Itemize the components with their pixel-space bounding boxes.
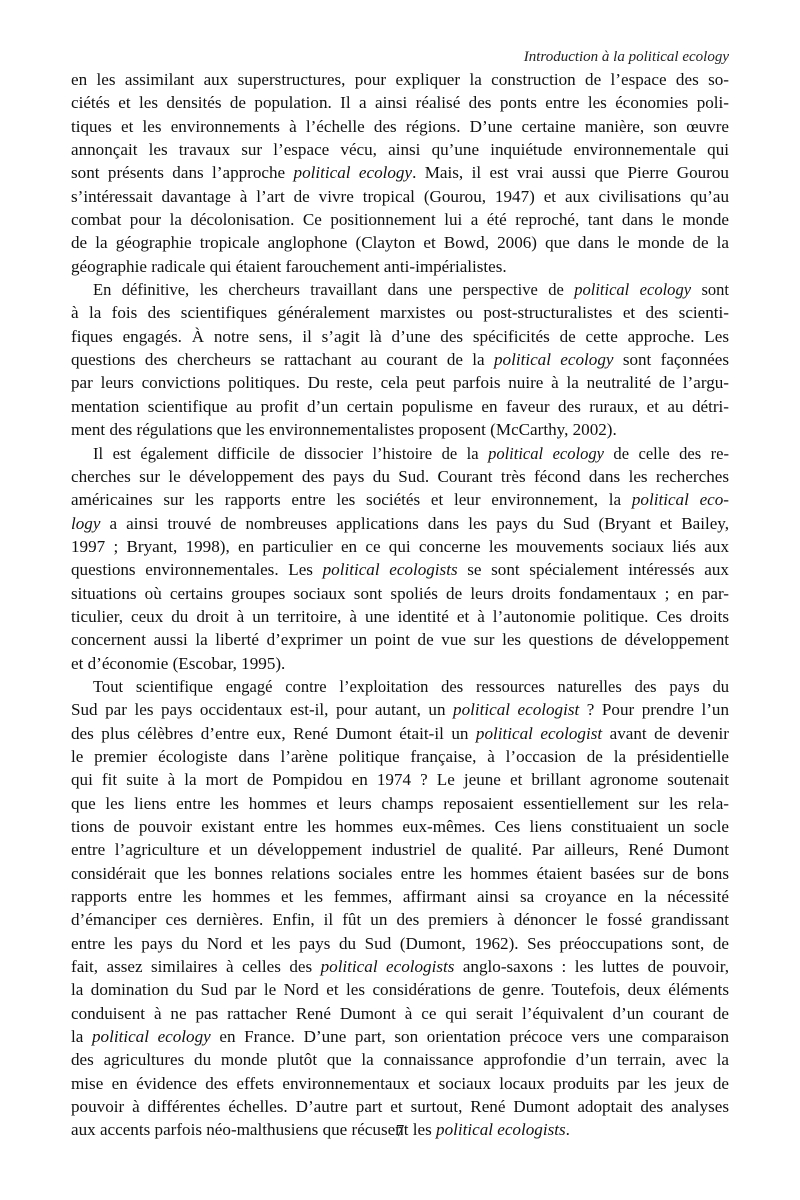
italic-term: political ecologists — [321, 957, 455, 976]
text-line: le premier écologiste dans l’arène polit… — [71, 745, 729, 768]
italic-term: political eco- — [632, 490, 729, 509]
text-segment: questions des chercheurs se rattachant a… — [71, 350, 494, 369]
text-segment: considérait que les bonnes relations soc… — [71, 864, 729, 883]
text-line: américaines sur les rapports entre les s… — [71, 488, 729, 511]
text-line: par leurs convictions politiques. Du res… — [71, 371, 729, 394]
text-segment: conduisent à ne pas rattacher René Dumon… — [71, 1004, 729, 1023]
text-segment: se sont spécialement intéressés aux — [458, 560, 729, 579]
italic-term: political ecology — [574, 280, 691, 299]
paragraph: Tout scientifique engagé contre l’exploi… — [71, 675, 729, 1142]
text-segment: des agricultures du monde plutôt que la … — [71, 1050, 729, 1069]
text-line: mise en évidence des effets environnemen… — [71, 1072, 729, 1095]
italic-term: political ecology — [92, 1027, 211, 1046]
text-segment: anglo-saxons : les luttes de pouvoir, — [454, 957, 729, 976]
paragraph: Il est également difficile de dissocier … — [71, 442, 729, 675]
text-line: fiques engagés. À notre sens, il s’agit … — [71, 325, 729, 348]
text-segment: rapports entre les hommes et les femmes,… — [71, 887, 729, 906]
text-line: qui fit suite à la mort de Pompidou en 1… — [71, 768, 729, 791]
text-segment: cherches sur le développement des pays d… — [71, 467, 729, 486]
text-segment: à la fois des scientifiques généralement… — [71, 303, 729, 322]
text-line: combat pour la décolonisation. Ce positi… — [71, 208, 729, 231]
text-segment: qui fit suite à la mort de Pompidou en 1… — [71, 770, 729, 789]
text-line: En définitive, les chercheurs travaillan… — [71, 278, 729, 301]
page-number: 7 — [0, 1121, 800, 1141]
text-segment: entre l’agriculture et un développement … — [71, 840, 729, 859]
italic-term: political ecology — [494, 350, 613, 369]
running-head: Introduction à la political ecology — [524, 49, 729, 66]
text-line: Il est également difficile de dissocier … — [71, 442, 729, 465]
text-segment: . Mais, il est vrai aussi que Pierre Gou… — [412, 163, 729, 182]
text-segment: sont présents dans l’approche — [71, 163, 294, 182]
text-line: considérait que les bonnes relations soc… — [71, 862, 729, 885]
text-segment: la — [71, 1027, 92, 1046]
text-segment: en les assimilant aux superstructures, p… — [71, 70, 729, 89]
text-line: concernent aussi la liberté d’exprimer u… — [71, 628, 729, 651]
paragraph: En définitive, les chercheurs travaillan… — [71, 278, 729, 441]
text-segment: américaines sur les rapports entre les s… — [71, 490, 632, 509]
text-line: s’intéressait davantage à l’art de vivre… — [71, 185, 729, 208]
text-segment: pouvoir à différentes échelles. D’autre … — [71, 1097, 729, 1116]
text-line: la domination du Sud par le Nord et les … — [71, 978, 729, 1001]
text-line: tions de pouvoir existant entre les homm… — [71, 815, 729, 838]
text-segment: a ainsi trouvé de nombreuses application… — [100, 514, 729, 533]
text-segment: mise en évidence des effets environnemen… — [71, 1074, 729, 1093]
italic-term: logy — [71, 514, 100, 533]
text-segment: et d’économie (Escobar, 1995). — [71, 654, 285, 673]
text-segment: En définitive, les chercheurs travaillan… — [93, 280, 574, 299]
text-segment: par leurs convictions politiques. Du res… — [71, 373, 729, 392]
text-segment: en France. D’une part, son orientation p… — [211, 1027, 729, 1046]
text-line: logy a ainsi trouvé de nombreuses applic… — [71, 512, 729, 535]
text-line: tiques et les environnements à l’échelle… — [71, 115, 729, 138]
text-segment: des plus célèbres d’entre eux, René Dumo… — [71, 724, 476, 743]
italic-term: political ecology — [294, 163, 413, 182]
text-segment: situations où certains groupes sociaux s… — [71, 584, 729, 603]
italic-term: political ecologists — [323, 560, 458, 579]
text-line: cherches sur le développement des pays d… — [71, 465, 729, 488]
text-segment: ticulier, ceux du droit à un territoire,… — [71, 607, 729, 626]
text-segment: fait, assez similaires à celles des — [71, 957, 321, 976]
text-line: ciétés et les densités de population. Il… — [71, 91, 729, 114]
text-segment: Sud par les pays occidentaux est-il, pou… — [71, 700, 453, 719]
book-page: Introduction à la political ecology en l… — [0, 0, 800, 1200]
text-line: questions des chercheurs se rattachant a… — [71, 348, 729, 371]
text-segment: que les liens entre les hommes et leurs … — [71, 794, 729, 813]
italic-term: political ecologist — [453, 700, 579, 719]
text-segment: fiques engagés. À notre sens, il s’agit … — [71, 327, 729, 346]
text-segment: d’émanciper ces dernières. Enfin, il fût… — [71, 910, 729, 929]
body-text: en les assimilant aux superstructures, p… — [71, 68, 729, 1142]
text-line: questions environnementales. Les politic… — [71, 558, 729, 581]
text-line: géographie radicale qui étaient farouche… — [71, 255, 729, 278]
text-line: Tout scientifique engagé contre l’exploi… — [71, 675, 729, 698]
text-line: à la fois des scientifiques généralement… — [71, 301, 729, 324]
text-segment: tiques et les environnements à l’échelle… — [71, 117, 729, 136]
text-segment: 1997 ; Bryant, 1998), en particulier en … — [71, 537, 729, 556]
text-segment: ? Pour prendre l’un — [579, 700, 729, 719]
text-segment: entre les pays du Nord et les pays du Su… — [71, 934, 729, 953]
text-line: des plus célèbres d’entre eux, René Dumo… — [71, 722, 729, 745]
text-segment: de celle des re- — [604, 444, 729, 463]
text-segment: ment des régulations que les environneme… — [71, 420, 617, 439]
paragraph: en les assimilant aux superstructures, p… — [71, 68, 729, 278]
text-line: la political ecology en France. D’une pa… — [71, 1025, 729, 1048]
text-segment: le premier écologiste dans l’arène polit… — [71, 747, 729, 766]
text-line: situations où certains groupes sociaux s… — [71, 582, 729, 605]
text-line: annonçait les travaux sur l’espace vécu,… — [71, 138, 729, 161]
text-line: entre les pays du Nord et les pays du Su… — [71, 932, 729, 955]
text-segment: géographie radicale qui étaient farouche… — [71, 257, 507, 276]
text-line: mentation scientifique au profit d’un ce… — [71, 395, 729, 418]
text-segment: Tout scientifique engagé contre l’exploi… — [93, 677, 729, 696]
text-line: ticulier, ceux du droit à un territoire,… — [71, 605, 729, 628]
text-line: ment des régulations que les environneme… — [71, 418, 729, 441]
text-line: et d’économie (Escobar, 1995). — [71, 652, 729, 675]
text-line: 1997 ; Bryant, 1998), en particulier en … — [71, 535, 729, 558]
text-line: conduisent à ne pas rattacher René Dumon… — [71, 1002, 729, 1025]
text-line: sont présents dans l’approche political … — [71, 161, 729, 184]
text-segment: avant de devenir — [602, 724, 729, 743]
text-line: en les assimilant aux superstructures, p… — [71, 68, 729, 91]
text-segment: combat pour la décolonisation. Ce positi… — [71, 210, 729, 229]
text-line: rapports entre les hommes et les femmes,… — [71, 885, 729, 908]
text-line: que les liens entre les hommes et leurs … — [71, 792, 729, 815]
text-segment: Il est également difficile de dissocier … — [93, 444, 488, 463]
text-line: des agricultures du monde plutôt que la … — [71, 1048, 729, 1071]
text-segment: la domination du Sud par le Nord et les … — [71, 980, 729, 999]
text-segment: tions de pouvoir existant entre les homm… — [71, 817, 729, 836]
italic-term: political ecology — [488, 444, 604, 463]
text-line: entre l’agriculture et un développement … — [71, 838, 729, 861]
text-line: Sud par les pays occidentaux est-il, pou… — [71, 698, 729, 721]
text-line: pouvoir à différentes échelles. D’autre … — [71, 1095, 729, 1118]
text-segment: concernent aussi la liberté d’exprimer u… — [71, 630, 729, 649]
text-line: fait, assez similaires à celles des poli… — [71, 955, 729, 978]
italic-term: political ecologist — [476, 724, 602, 743]
text-segment: annonçait les travaux sur l’espace vécu,… — [71, 140, 729, 159]
text-segment: sont — [691, 280, 729, 299]
text-segment: ciétés et les densités de population. Il… — [71, 93, 729, 112]
text-segment: de la géographie tropicale anglophone (C… — [71, 233, 729, 252]
text-line: de la géographie tropicale anglophone (C… — [71, 231, 729, 254]
text-segment: sont façonnées — [613, 350, 729, 369]
text-segment: questions environnementales. Les — [71, 560, 323, 579]
text-segment: s’intéressait davantage à l’art de vivre… — [71, 187, 729, 206]
text-line: d’émanciper ces dernières. Enfin, il fût… — [71, 908, 729, 931]
text-segment: mentation scientifique au profit d’un ce… — [71, 397, 729, 416]
